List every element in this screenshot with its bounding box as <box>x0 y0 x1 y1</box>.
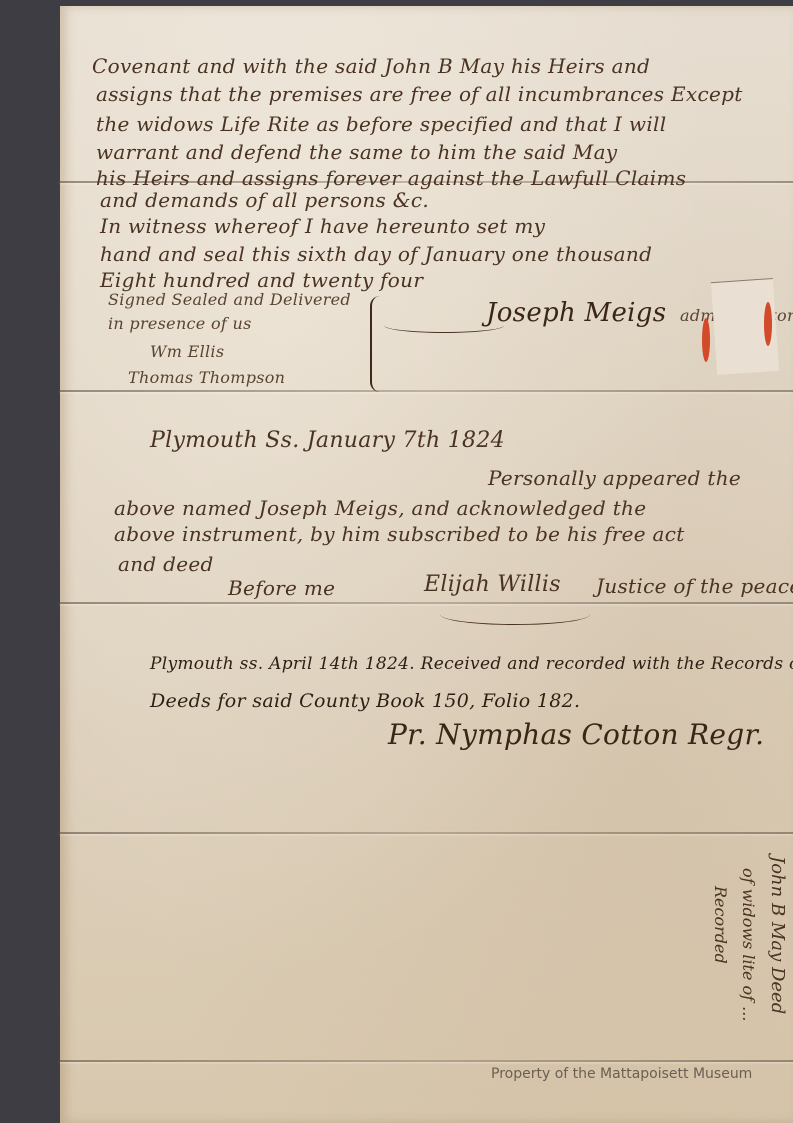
witness-clause-line: In witness whereof I have hereunto set m… <box>100 214 545 238</box>
register-signature: Pr. Nymphas Cotton Regr. <box>388 718 764 751</box>
museum-watermark: Property of the Mattapoisett Museum <box>491 1066 752 1082</box>
acknowledgment-line: above named Joseph Meigs, and acknowledg… <box>114 496 646 520</box>
justice-signature: Elijah Willis <box>424 572 561 597</box>
justice-flourish <box>440 604 590 625</box>
attestation-label: in presence of us <box>108 314 252 333</box>
docket-line: John B May Deed <box>767 856 788 1014</box>
fold-line <box>60 1060 793 1062</box>
recording-line: Deeds for said County Book 150, Folio 18… <box>150 690 580 712</box>
attestation-brace <box>370 296 386 392</box>
covenant-line: assigns that the premises are free of al… <box>96 82 743 106</box>
covenant-line: Covenant and with the said John B May hi… <box>92 54 650 78</box>
covenant-line: the widows Life Rite as before specified… <box>96 112 666 136</box>
fold-line <box>60 390 793 392</box>
covenant-line: warrant and defend the same to him the s… <box>96 140 617 164</box>
covenant-line: his Heirs and assigns forever against th… <box>96 166 686 190</box>
fold-line <box>60 832 793 834</box>
justice-title: Justice of the peace <box>596 574 793 598</box>
recording-line: Plymouth ss. April 14th 1824. Received a… <box>150 654 793 674</box>
grantor-signature: Joseph Meigs <box>486 298 666 328</box>
acknowledgment-heading: Plymouth Ss. January 7th 1824 <box>150 428 505 453</box>
fold-line <box>60 602 793 604</box>
witness-signature: Wm Ellis <box>150 342 224 361</box>
docket-line: Recorded <box>711 886 730 964</box>
wax-seal-icon <box>702 318 710 362</box>
covenant-line: and demands of all persons &c. <box>100 188 429 212</box>
acknowledgment-line: Personally appeared the <box>488 466 741 490</box>
witness-clause-line: Eight hundred and twenty four <box>100 268 423 292</box>
witness-clause-line: hand and seal this sixth day of January … <box>100 242 652 266</box>
witness-signature: Thomas Thompson <box>128 368 285 387</box>
docket-line: of widows lite of ... <box>739 868 758 1021</box>
attestation-label: Signed Sealed and Delivered <box>108 290 351 309</box>
acknowledgment-line: above instrument, by him subscribed to b… <box>114 522 685 546</box>
acknowledgment-line: and deed <box>118 552 214 576</box>
acknowledgment-before: Before me <box>228 576 335 600</box>
signature-flourish <box>384 318 504 333</box>
wax-seal-icon <box>764 302 772 346</box>
